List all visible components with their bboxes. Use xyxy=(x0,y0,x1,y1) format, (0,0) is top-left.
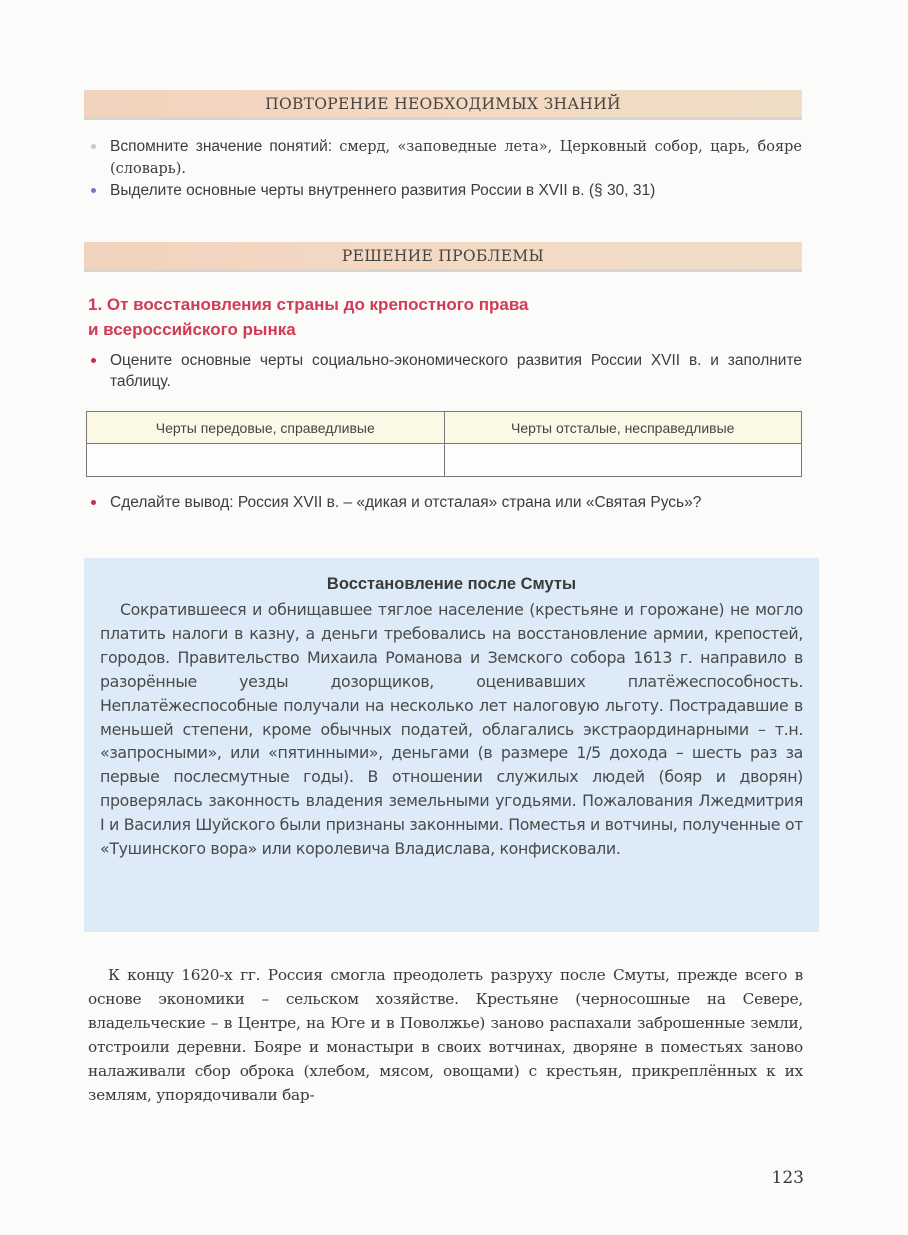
review-item: Выделите основные черты внутреннего разв… xyxy=(110,180,802,201)
section-title: 1. От восстановления страны до крепостно… xyxy=(88,292,788,342)
section-title-line: 1. От восстановления страны до крепостно… xyxy=(88,292,788,317)
review-heading-band: ПОВТОРЕНИЕ НЕОБХОДИМЫХ ЗНАНИЙ xyxy=(84,90,802,120)
info-box-title: Восстановление после Смуты xyxy=(100,572,803,596)
table-header-progressive: Черты передовые, справедливые xyxy=(87,412,445,444)
info-box: Восстановление после Смуты Сократившееся… xyxy=(84,558,819,932)
info-box-text: Сократившееся и обнищавшее тяглое населе… xyxy=(100,598,803,861)
review-heading: ПОВТОРЕНИЕ НЕОБХОДИМЫХ ЗНАНИЙ xyxy=(265,95,621,113)
section-title-line: и всероссийского рынка xyxy=(88,317,788,342)
bullet-icon xyxy=(91,358,96,363)
problem-heading-band: РЕШЕНИЕ ПРОБЛЕМЫ xyxy=(84,242,802,272)
features-table: Черты передовые, справедливые Черты отст… xyxy=(86,411,802,477)
review-item: Вспомните значение понятий: смерд, «запо… xyxy=(110,136,802,180)
task-text: Сделайте вывод: Россия XVII в. – «дикая … xyxy=(110,494,701,511)
task-item: Сделайте вывод: Россия XVII в. – «дикая … xyxy=(110,492,802,513)
table-header-backward: Черты отсталые, несправедливые xyxy=(444,412,802,444)
task-text: Оцените основные черты социально-экономи… xyxy=(110,352,802,390)
task-item: Оцените основные черты социально-экономи… xyxy=(110,350,802,392)
review-item-lead: Вспомните значение понятий: xyxy=(110,138,339,155)
bullet-icon xyxy=(91,500,96,505)
main-paragraph: К концу 1620-х гг. Россия смогла преодол… xyxy=(88,963,803,1108)
bullet-icon xyxy=(91,144,96,149)
problem-heading: РЕШЕНИЕ ПРОБЛЕМЫ xyxy=(342,247,544,265)
table-cell[interactable] xyxy=(444,444,802,477)
page-number: 123 xyxy=(760,1168,804,1188)
table-cell[interactable] xyxy=(87,444,445,477)
review-item-text: Выделите основные черты внутреннего разв… xyxy=(110,182,655,199)
bullet-icon xyxy=(91,188,96,193)
table-row xyxy=(87,444,802,477)
